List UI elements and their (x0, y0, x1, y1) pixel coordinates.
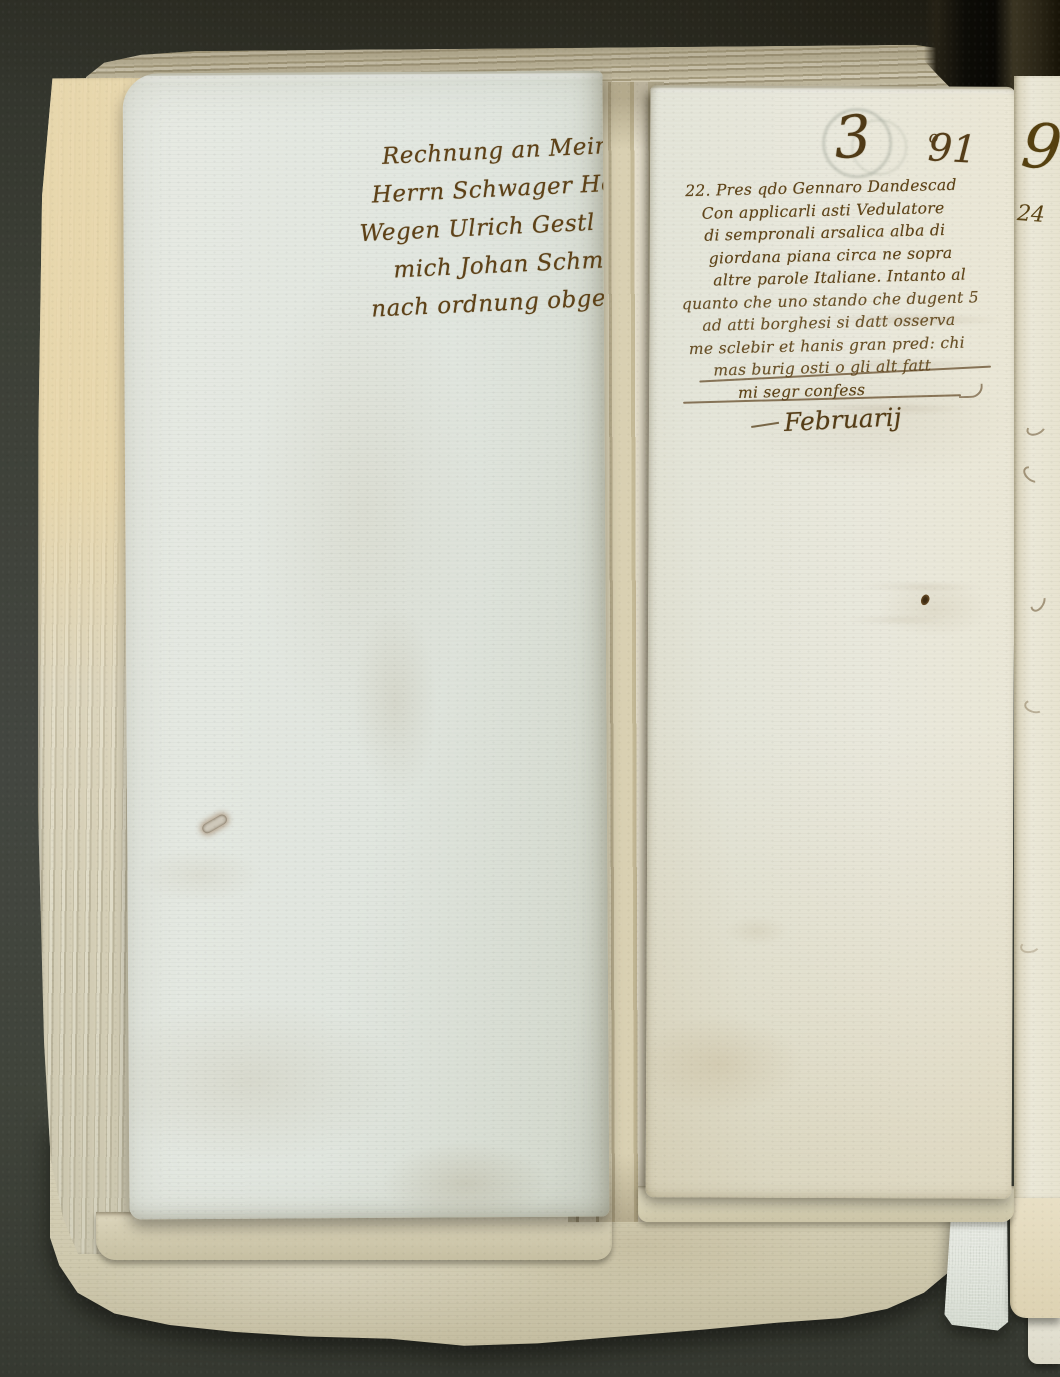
folio-mark: 3 (832, 107, 873, 167)
ink-stroke-fragment (1024, 418, 1048, 438)
page-number-value: 91 (927, 128, 977, 169)
next-entry-number: 24 (1016, 201, 1046, 228)
ink-stroke-fragment (1020, 463, 1044, 486)
ink-stroke-fragment (1019, 938, 1041, 954)
left-page-handwriting: Rechnung an Meinen Herrn Schwager Herrn … (371, 119, 609, 328)
next-leaf-edge: 9 24 (1014, 76, 1060, 1198)
page-number: 91o (927, 128, 939, 166)
right-page-handwriting: 22. Pres qdo Gennaro Dandescad Con appli… (685, 172, 1016, 405)
under-left-leaf-edge (96, 1212, 612, 1260)
ink-stroke-fragment (1023, 698, 1046, 716)
ink-stroke-fragment (1027, 591, 1048, 615)
right-manuscript-page: 3 91o 22. Pres qdo Gennaro Dandescad Con… (646, 85, 1017, 1199)
left-manuscript-page: Rechnung an Meinen Herrn Schwager Herrn … (123, 71, 610, 1220)
next-page-number: 9 (1019, 114, 1060, 180)
manuscript-photo-scene: Rechnung an Meinen Herrn Schwager Herrn … (0, 0, 1060, 1377)
bottom-right-leaf-corner (1010, 1190, 1060, 1318)
